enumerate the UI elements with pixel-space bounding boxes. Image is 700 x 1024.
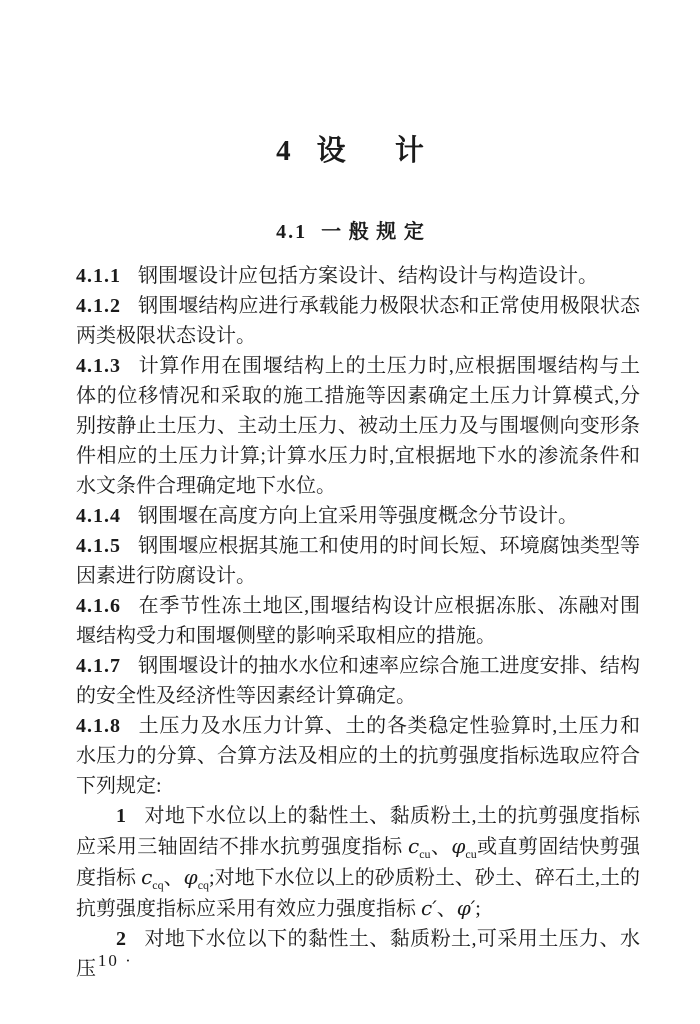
subscript-cu: cu (465, 847, 476, 861)
clause-text: 计算作用在围堰结构上的土压力时,应根据围堰结构与土体的位移情况和采取的施工措施等… (76, 355, 640, 497)
symbol-phi-prime: φ′ (457, 896, 476, 920)
subscript-cu: cu (419, 847, 430, 861)
clause-4-1-3: 4.1.3计算作用在围堰结构上的土压力时,应根据围堰结构与土体的位移情况和采取的… (76, 351, 640, 501)
clause-number: 4.1.5 (76, 535, 121, 557)
clause-4-1-7: 4.1.7钢围堰设计的抽水水位和速率应综合施工进度安排、结构的安全性及经济性等因… (76, 651, 640, 711)
enumeration-comma: 、 (164, 867, 184, 889)
clause-number: 4.1.8 (76, 715, 121, 737)
chapter-heading: 4设计 (0, 133, 700, 169)
body-text: 4.1.1钢围堰设计应包括方案设计、结构设计与构造设计。 4.1.2钢围堰结构应… (76, 261, 640, 984)
clause-text: 钢围堰设计应包括方案设计、结构设计与构造设计。 (138, 265, 598, 287)
symbol-c-cq: c (141, 865, 152, 889)
clause-4-1-2: 4.1.2钢围堰结构应进行承载能力极限状态和正常使用极限状态两类极限状态设计。 (76, 291, 640, 351)
item-text: 对地下水位以下的黏性土、黏质粉土,可采用土压力、水压 (76, 928, 640, 980)
item-number: 2 (116, 928, 126, 950)
clause-number: 4.1.2 (76, 295, 121, 317)
clause-text: 钢围堰在高度方向上宜采用等强度概念分节设计。 (138, 505, 578, 527)
clause-4-1-5: 4.1.5钢围堰应根据其施工和使用的时间长短、环境腐蚀类型等因素进行防腐设计。 (76, 531, 640, 591)
enumeration-comma: 、 (437, 898, 457, 920)
clause-text: 在季节性冻土地区,围堰结构设计应根据冻胀、冻融对围堰结构受力和围堰侧壁的影响采取… (76, 595, 640, 647)
clause-4-1-6: 4.1.6在季节性冻土地区,围堰结构设计应根据冻胀、冻融对围堰结构受力和围堰侧壁… (76, 591, 640, 651)
clause-4-1-1: 4.1.1钢围堰设计应包括方案设计、结构设计与构造设计。 (76, 261, 640, 291)
clause-text: 钢围堰设计的抽水水位和速率应综合施工进度安排、结构的安全性及经济性等因素经计算确… (76, 655, 640, 707)
clause-number: 4.1.6 (76, 595, 121, 617)
section-title: 一般规定 (321, 221, 431, 243)
item-number: 1 (116, 805, 126, 827)
clause-number: 4.1.3 (76, 355, 121, 377)
clause-number: 4.1.1 (76, 265, 121, 287)
chapter-number: 4 (276, 135, 291, 167)
symbol-c-cu: c (408, 834, 419, 858)
list-item-1: 1对地下水位以上的黏性土、黏质粉土,土的抗剪强度指标应采用三轴固结不排水抗剪强度… (76, 801, 640, 924)
clause-number: 4.1.7 (76, 655, 121, 677)
list-item-2: 2对地下水位以下的黏性土、黏质粉土,可采用土压力、水压 (76, 924, 640, 984)
symbol-c-prime: c′ (421, 896, 437, 920)
subscript-cq: cq (152, 878, 163, 892)
document-page: 4设计 4.1一般规定 4.1.1钢围堰设计应包括方案设计、结构设计与构造设计。… (0, 0, 700, 1024)
clause-text: 钢围堰应根据其施工和使用的时间长短、环境腐蚀类型等因素进行防腐设计。 (76, 535, 640, 587)
item-text: ; (475, 898, 481, 920)
clause-4-1-8: 4.1.8土压力及水压力计算、土的各类稳定性验算时,土压力和水压力的分算、合算方… (76, 711, 640, 801)
symbol-phi-cu: φ (451, 834, 465, 858)
clause-4-1-4: 4.1.4钢围堰在高度方向上宜采用等强度概念分节设计。 (76, 501, 640, 531)
section-number: 4.1 (276, 221, 307, 243)
subscript-cq: cq (198, 878, 209, 892)
section-heading: 4.1一般规定 (0, 218, 700, 246)
clause-text: 钢围堰结构应进行承载能力极限状态和正常使用极限状态两类极限状态设计。 (76, 295, 640, 347)
page-number: · 10 · (84, 951, 133, 971)
item-text: ;对地下水位以上的砂质粉土、砂土、碎石土,土的抗剪强度指标应采用有效应力强度指标 (76, 867, 640, 920)
clause-number: 4.1.4 (76, 505, 121, 527)
enumeration-comma: 、 (431, 836, 452, 858)
clause-text: 土压力及水压力计算、土的各类稳定性验算时,土压力和水压力的分算、合算方法及相应的… (76, 715, 640, 797)
symbol-phi-cq: φ (184, 865, 198, 889)
chapter-title: 设计 (317, 135, 474, 167)
